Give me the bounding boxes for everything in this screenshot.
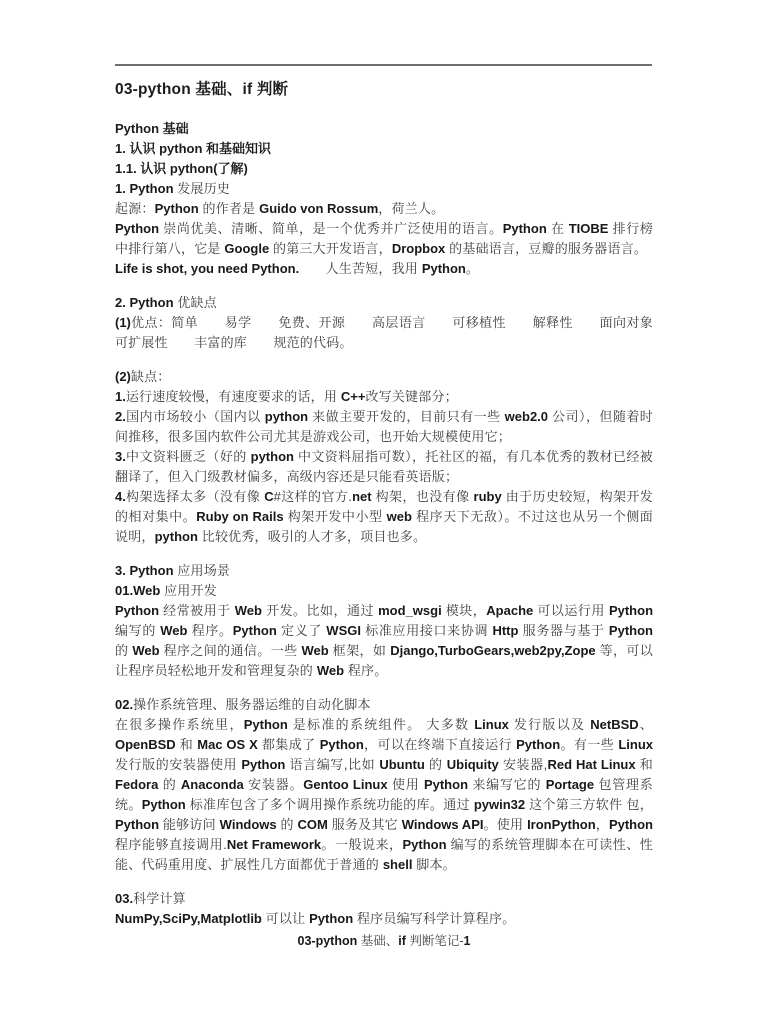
doc-paragraph: 2.国内市场较小（国内以 python 来做主要开发的，目前只有一些 web2.… [115,407,653,447]
document-title: 03-python 基础、if 判断 [115,78,653,102]
doc-paragraph: Python 经常被用于 Web 开发。比如，通过 mod_wsgi 模块，Ap… [115,601,653,681]
spacer [115,681,653,695]
doc-paragraph: Life is shot, you need Python. 人生苦短，我用 P… [115,259,653,279]
doc-paragraph: 2. Python 优缺点 [115,293,653,313]
doc-paragraph: 在很多操作系统里，Python 是标准的系统组件。 大多数 Linux 发行版以… [115,715,653,875]
doc-paragraph: NumPy,SciPy,Matplotlib 可以让 Python 程序员编写科… [115,909,653,929]
doc-paragraph: (1)优点：简单 易学 免费、开源 高层语言 可移植性 解释性 面向对象 可扩展… [115,313,653,353]
doc-paragraph: 03.科学计算 [115,889,653,909]
page-footer: 03-python 基础、if 判断笔记-1 [0,931,768,951]
doc-paragraph: 1.运行速度较慢，有速度要求的话，用 C++改写关键部分； [115,387,653,407]
document-page: 03-python 基础、if 判断 Python 基础 1. 认识 pytho… [0,0,768,1024]
doc-paragraph: 起源：Python 的作者是 Guido von Rossum，荷兰人。 [115,199,653,219]
spacer [115,547,653,561]
doc-paragraph: 1. Python 发展历史 [115,179,653,199]
doc-paragraph: 3.中文资料匮乏（好的 python 中文资料屈指可数），托社区的福，有几本优秀… [115,447,653,487]
section-heading: Python 基础 [115,119,653,139]
doc-paragraph: Python 崇尚优美、清晰、简单，是一个优秀并广泛使用的语言。Python 在… [115,219,653,259]
doc-paragraph: (2)缺点： [115,367,653,387]
doc-paragraph: 3. Python 应用场景 [115,561,653,581]
spacer [115,279,653,293]
section-heading: 1. 认识 python 和基础知识 [115,139,653,159]
doc-paragraph: 4.构架选择太多（没有像 C#这样的官方.net 构架，也没有像 ruby 由于… [115,487,653,547]
spacer [115,875,653,889]
spacer [115,353,653,367]
doc-paragraph: 01.Web 应用开发 [115,581,653,601]
section-heading: 1.1. 认识 python(了解) [115,159,653,179]
doc-paragraph: 02.操作系统管理、服务器运维的自动化脚本 [115,695,653,715]
document-content: 03-python 基础、if 判断 Python 基础 1. 认识 pytho… [115,0,653,929]
